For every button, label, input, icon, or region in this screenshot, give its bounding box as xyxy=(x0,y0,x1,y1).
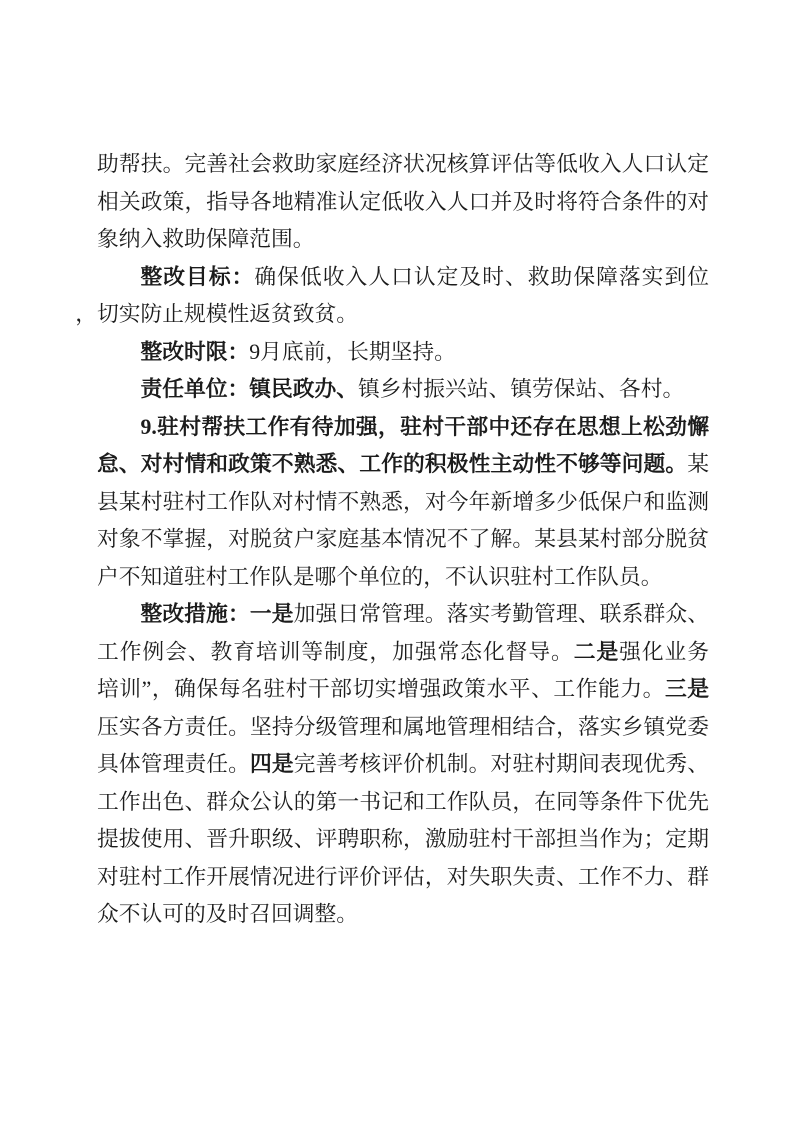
document-line: 户不知道驻村工作队是哪个单位的，不认识驻村工作队员。 xyxy=(97,559,709,597)
text-segment: 户不知道驻村工作队是哪个单位的，不认识驻村工作队员。 xyxy=(97,565,663,589)
text-segment: 象纳入救助保障范围。 xyxy=(97,227,315,251)
document-line: 象纳入救助保障范围。 xyxy=(97,221,709,259)
document-line: 对象不掌握，对脱贫户家庭基本情况不了解。某县某村部分脱贫 xyxy=(97,521,709,559)
text-segment: 9月底前，长期坚持。 xyxy=(249,340,456,364)
document-line: 怠、对村情和政策不熟悉、工作的积极性主动性不够等问题。某 xyxy=(97,446,709,484)
text-segment: 相关政策，指导各地精准认定低收入人口并及时将符合条件的对 xyxy=(97,190,709,214)
document-line: 责任单位：镇民政办、镇乡村振兴站、镇劳保站、各村。 xyxy=(97,371,709,409)
document-text-block: 助帮扶。完善社会救助家庭经济状况核算评估等低收入人口认定相关政策，指导各地精准认… xyxy=(97,146,709,934)
text-segment: 具体管理责任。 xyxy=(97,752,250,776)
bold-text-segment: 责任单位：镇民政办、 xyxy=(141,377,359,401)
document-line: 整改时限：9月底前，长期坚持。 xyxy=(97,334,709,372)
text-segment: 对象不掌握，对脱贫户家庭基本情况不了解。某县某村部分脱贫 xyxy=(97,527,709,551)
text-segment: 工作出色、群众公认的第一书记和工作队员，在同等条件下优先 xyxy=(97,790,709,814)
document-line: 整改目标：确保低收入人口认定及时、救助保障落实到位 xyxy=(97,259,709,297)
document-line: ，切实防止规模性返贫致贫。 xyxy=(75,296,709,334)
text-segment: ，切实防止规模性返贫致贫。 xyxy=(75,302,358,326)
text-segment: 助帮扶。完善社会救助家庭经济状况核算评估等低收入人口认定 xyxy=(97,152,709,176)
document-line: 工作例会、教育培训等制度，加强常态化督导。二是强化业务 xyxy=(97,634,709,672)
document-line: 具体管理责任。四是完善考核评价机制。对驻村期间表现优秀、 xyxy=(97,746,709,784)
bold-text-segment: 9.驻村帮扶工作有待加强，驻村干部中还存在思想上松劲懈 xyxy=(141,415,710,439)
document-line: 工作出色、群众公认的第一书记和工作队员，在同等条件下优先 xyxy=(97,784,709,822)
text-segment: 某 xyxy=(687,452,709,476)
document-line: 培训”，确保每名驻村干部切实增强政策水平、工作能力。三是 xyxy=(97,671,709,709)
document-line: 相关政策，指导各地精准认定低收入人口并及时将符合条件的对 xyxy=(97,184,709,222)
bold-text-segment: 三是 xyxy=(665,677,709,701)
document-line: 对驻村工作开展情况进行评价评估，对失职失责、工作不力、群 xyxy=(97,859,709,897)
text-segment: 培训”，确保每名驻村干部切实增强政策水平、工作能力。 xyxy=(97,677,665,701)
document-line: 众不认可的及时召回调整。 xyxy=(97,896,709,934)
text-segment: 对驻村工作开展情况进行评价评估，对失职失责、工作不力、群 xyxy=(97,865,709,889)
bold-text-segment: 整改措施：一是 xyxy=(141,602,294,626)
document-line: 提拔使用、晋升职级、评聘职称，激励驻村干部担当作为；定期 xyxy=(97,821,709,859)
document-line: 9.驻村帮扶工作有待加强，驻村干部中还存在思想上松劲懈 xyxy=(97,409,709,447)
text-segment: 众不认可的及时召回调整。 xyxy=(97,902,358,926)
bold-text-segment: 整改目标： xyxy=(141,265,255,289)
text-segment: 完善考核评价机制。对驻村期间表现优秀、 xyxy=(294,752,709,776)
document-line: 县某村驻村工作队对村情不熟悉，对今年新增多少低保户和监测 xyxy=(97,484,709,522)
bold-text-segment: 四是 xyxy=(250,752,294,776)
bold-text-segment: 怠、对村情和政策不熟悉、工作的积极性主动性不够等问题。 xyxy=(97,452,687,476)
bold-text-segment: 整改时限： xyxy=(141,340,250,364)
text-segment: 强化业务 xyxy=(619,640,709,664)
document-line: 整改措施：一是加强日常管理。落实考勤管理、联系群众、 xyxy=(97,596,709,634)
document-line: 助帮扶。完善社会救助家庭经济状况核算评估等低收入人口认定 xyxy=(97,146,709,184)
text-segment: 确保低收入人口认定及时、救助保障落实到位 xyxy=(254,265,709,289)
text-segment: 提拔使用、晋升职级、评聘职称，激励驻村干部担当作为；定期 xyxy=(97,827,709,851)
text-segment: 镇乡村振兴站、镇劳保站、各村。 xyxy=(358,377,684,401)
text-segment: 县某村驻村工作队对村情不熟悉，对今年新增多少低保户和监测 xyxy=(97,490,709,514)
bold-text-segment: 二是 xyxy=(574,640,619,664)
document-line: 压实各方责任。坚持分级管理和属地管理相结合，落实乡镇党委 xyxy=(97,709,709,747)
text-segment: 加强日常管理。落实考勤管理、联系群众、 xyxy=(294,602,709,626)
document-page: 助帮扶。完善社会救助家庭经济状况核算评估等低收入人口认定相关政策，指导各地精准认… xyxy=(0,0,793,1122)
text-segment: 工作例会、教育培训等制度，加强常态化督导。 xyxy=(97,640,574,664)
text-segment: 压实各方责任。坚持分级管理和属地管理相结合，落实乡镇党委 xyxy=(97,715,709,739)
